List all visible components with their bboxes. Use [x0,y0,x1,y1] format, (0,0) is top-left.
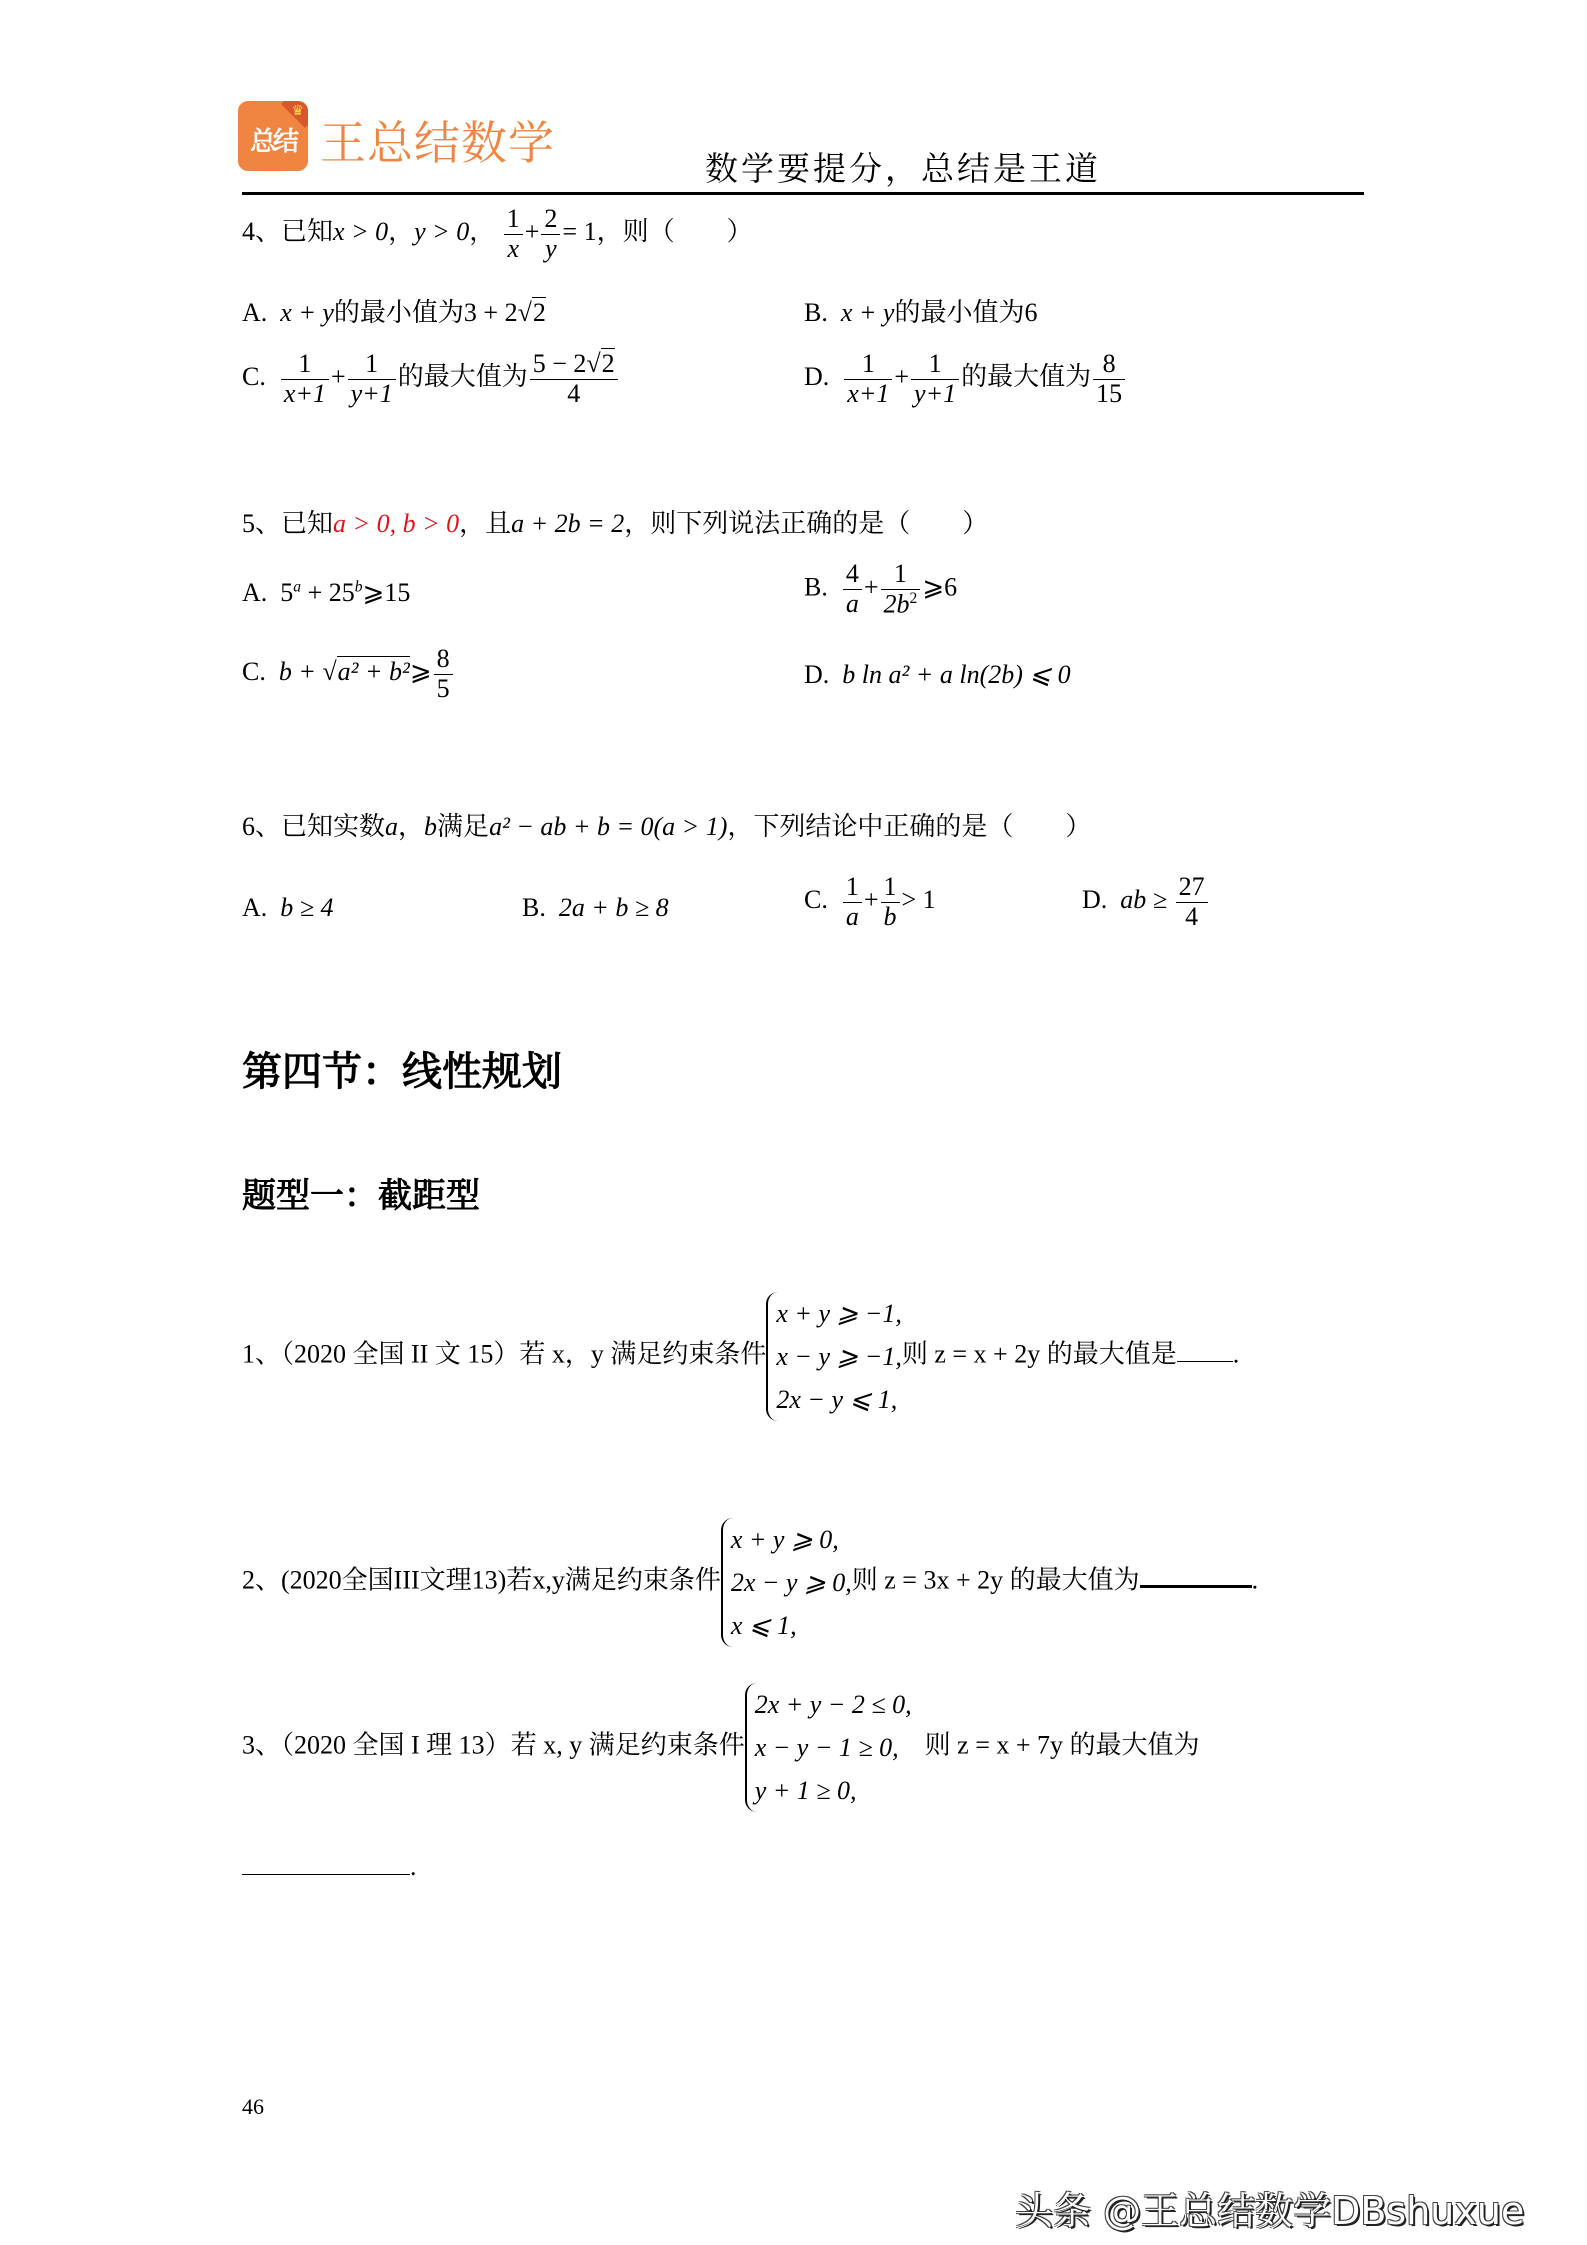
math-term: + 25 [301,578,355,607]
denominator: x [504,235,523,264]
option-6d: D. ab ≥ 274 [1082,873,1210,931]
highlighted-condition: a > 0, b > 0 [333,509,459,538]
section-title: 第四节：线性规划 [242,1040,562,1097]
math-var: a [385,812,398,841]
denominator: y+1 [911,380,959,409]
denominator: 2b2 [881,590,921,619]
denominator: 4 [1176,903,1208,932]
constraint-system: 2x + y − 2 ≤ 0,x − y − 1 ≥ 0,y + 1 ≥ 0, [745,1683,912,1812]
rhs: ⩾6 [922,572,957,601]
option-5d: D. b ln a² + a ln(2b) ⩽ 0 [804,660,1071,690]
constraint-system: x + y ⩾ 0,2x − y ⩾ 0,x ⩽ 1, [721,1518,852,1647]
option-label: D. [1082,885,1107,914]
question-number: 3、 [242,1730,281,1759]
numerator: 5 − 2√2 [530,350,618,380]
stem-tail: 则 z = 3x + 2y 的最大值为 [852,1565,1140,1594]
numerator: 1 [844,350,892,380]
fraction: 1x+1 [844,350,892,408]
numerator: 1 [281,350,329,380]
denominator: y [541,235,560,264]
watermark: 头条 @王总结数学DBshuxue [1015,2180,1524,2235]
question-number: 4、 [242,217,281,246]
fraction: 1y+1 [911,350,959,408]
subsection-title: 题型一：截距型 [242,1168,480,1217]
option-text: 的最小值为 [334,298,464,327]
answer-blank[interactable] [242,1848,410,1875]
logo-glyph: 总结 [240,121,306,158]
period: . [410,1852,417,1881]
option-label: D. [804,660,829,689]
math-cond: y > 0 [414,217,469,246]
option-label: B. [804,298,828,327]
option-label: C. [804,885,828,914]
brand-name: 王总结数学 [320,107,555,173]
constraint: 2x − y ⩽ 1, [776,1378,901,1421]
stem-tail: 则 z = x + 2y 的最大值是 [902,1339,1177,1368]
plus: + [894,362,909,391]
numerator: 8 [1093,350,1125,380]
option-5a: A. 5a + 25b⩾15 [242,578,410,608]
stem-suffix: ，则（ ） [597,217,753,246]
fraction: 1y+1 [348,350,396,408]
option-4b: B. x + y的最小值为6 [804,292,1037,329]
numerator: 1 [911,350,959,380]
stem-text: ，且 [459,509,511,538]
option-label: A. [242,298,267,327]
option-4c: C. 1x+1+1y+1的最大值为5 − 2√24 [242,350,620,408]
fraction: 1x [504,205,523,263]
plus: + [864,572,879,601]
question-source: (2020全国III文理13) [281,1565,506,1594]
stem-text: 已知 [281,217,333,246]
fraction: 2y [541,205,560,263]
denominator: x+1 [844,380,892,409]
fraction: 1x+1 [281,350,329,408]
math-expr: 2a + b ≥ 8 [559,893,669,922]
option-label: A. [242,578,267,607]
plus: + [864,885,879,914]
math-value: 6 [1024,298,1037,327]
denominator-text: 2b [884,589,910,618]
stem-suffix: ，则下列说法正确的是（ ） [624,509,988,538]
question-number: 5、 [242,509,281,538]
stem-text: 已知实数 [281,812,385,841]
fraction: 4a [843,560,862,618]
sqrt-radicand: a² + b² [337,656,410,686]
option-6b: B. 2a + b ≥ 8 [522,893,669,923]
fraction: 1a [843,873,862,931]
denominator: 4 [530,380,618,409]
sep: ， [398,812,424,841]
denominator: x+1 [281,380,329,409]
exponent: a [293,578,301,595]
base: 5 [280,578,293,607]
brand-logo: ♛ 总结 [238,101,308,171]
period: . [1233,1339,1240,1368]
denominator: a [843,903,862,932]
math-cond: a + 2b = 2 [511,509,624,538]
math-cond: x > 0 [333,217,388,246]
lp-question-2: 2、(2020全国III文理13)若x,y满足约束条件x + y ⩾ 0,2x … [242,1518,1258,1647]
stem-text: 若 x，y 满足约束条件 [519,1339,766,1368]
stem-text: 已知 [281,509,333,538]
exponent: b [355,578,363,595]
numerator: 2 [541,205,560,235]
numerator: 8 [434,645,453,675]
page-number: 46 [242,2094,264,2120]
math-value: 3 + 2 [464,298,518,327]
rhs: ⩾15 [363,578,411,607]
math-expr: x + y [841,298,895,327]
sep: ， [469,217,495,246]
plus: + [331,362,346,391]
question-source: （2020 全国 II 文 15） [281,1339,519,1368]
option-6c: C. 1a+1b> 1 [804,873,936,931]
option-4a: A. x + y的最小值为3 + 2√2 [242,292,546,329]
math-expr: ab ≥ [1120,885,1173,914]
rhs: > 1 [902,885,936,914]
constraint: y + 1 ≥ 0, [755,1769,912,1812]
numerator: 4 [843,560,862,590]
option-label: C. [242,362,266,391]
stem-suffix: ，下列结论中正确的是（ ） [727,812,1091,841]
sqrt-radicand: 2 [532,297,546,327]
stem-tail: 则 z = x + 7y 的最大值为 [925,1730,1200,1759]
lp-question-3-answer: . [242,1848,417,1882]
fraction: 274 [1176,873,1208,931]
stem-text: 若x,y满足约束条件 [506,1565,721,1594]
sqrt-radicand: 2 [601,348,615,378]
plus: + [525,217,540,246]
option-5b: B. 4a+12b2⩾6 [804,560,957,619]
fraction: 85 [434,645,453,703]
math-var: b [424,812,437,841]
header-divider [242,192,1364,195]
numerator: 1 [504,205,523,235]
option-4d: D. 1x+1+1y+1的最大值为815 [804,350,1127,408]
option-label: A. [242,893,267,922]
answer-blank[interactable] [1177,1335,1233,1362]
question-4: 4、已知x > 0，y > 0， 1x+2y= 1，则（ ） [242,205,753,263]
numerator: 1 [843,873,862,903]
crown-icon: ♛ [291,103,304,120]
constraint: 2x − y ⩾ 0, [731,1561,852,1604]
option-label: C. [242,657,266,686]
constraint: x + y ⩾ 0, [731,1518,852,1561]
fraction: 815 [1093,350,1125,408]
question-source: （2020 全国 I 理 13） [281,1730,511,1759]
option-text: 的最大值为 [961,362,1091,391]
fraction: 12b2 [881,560,921,619]
math-term: b + [279,657,323,686]
option-label: B. [522,893,546,922]
math-expr: b ≥ 4 [280,893,333,922]
constraint: 2x + y − 2 ≤ 0, [755,1683,912,1726]
stem-text: 若 x, y 满足约束条件 [511,1730,745,1759]
header-motto: 数学要提分，总结是王道 [705,143,1101,190]
numerator: 1 [348,350,396,380]
constraint: x − y − 1 ≥ 0, [755,1726,912,1769]
math-cond: a² − ab + b = 0(a > 1) [489,812,727,841]
period: . [1252,1565,1259,1594]
numerator: 1 [881,560,921,590]
option-text: 的最大值为 [398,362,528,391]
option-6a: A. b ≥ 4 [242,893,334,923]
denominator: 5 [434,675,453,704]
fraction: 1b [881,873,900,931]
math-expr: b ln a² + a ln(2b) ⩽ 0 [842,660,1070,689]
question-number: 1、 [242,1339,281,1368]
stem-text: 满足 [437,812,489,841]
constraint: x + y ⩾ −1, [776,1292,901,1335]
option-5c: C. b + √a² + b²⩾85 [242,645,455,703]
lp-question-1: 1、（2020 全国 II 文 15）若 x，y 满足约束条件x + y ⩾ −… [242,1292,1239,1421]
option-text: 的最小值为 [894,298,1024,327]
sep: ， [388,217,414,246]
denominator: 15 [1093,380,1125,409]
question-number: 2、 [242,1565,281,1594]
denominator: b [881,903,900,932]
numerator: 27 [1176,873,1208,903]
rhs: = 1 [562,217,596,246]
denominator: y+1 [348,380,396,409]
fraction: 5 − 2√24 [530,350,618,408]
exponent: 2 [910,590,918,607]
relation: ⩾ [410,657,432,686]
numerator-text: 5 − 2 [533,349,587,378]
option-label: D. [804,362,829,391]
question-5: 5、已知a > 0, b > 0，且a + 2b = 2，则下列说法正确的是（ … [242,503,988,540]
question-6: 6、已知实数a，b满足a² − ab + b = 0(a > 1)，下列结论中正… [242,806,1091,843]
question-number: 6、 [242,812,281,841]
denominator: a [843,590,862,619]
math-expr: x + y [280,298,334,327]
constraint: x − y ⩾ −1, [776,1335,901,1378]
lp-question-3: 3、（2020 全国 I 理 13）若 x, y 满足约束条件2x + y − … [242,1683,1200,1812]
option-label: B. [804,572,828,601]
answer-blank[interactable] [1140,1559,1252,1588]
constraint: x ⩽ 1, [731,1604,852,1647]
numerator: 1 [881,873,900,903]
constraint-system: x + y ⩾ −1,x − y ⩾ −1,2x − y ⩽ 1, [766,1292,901,1421]
